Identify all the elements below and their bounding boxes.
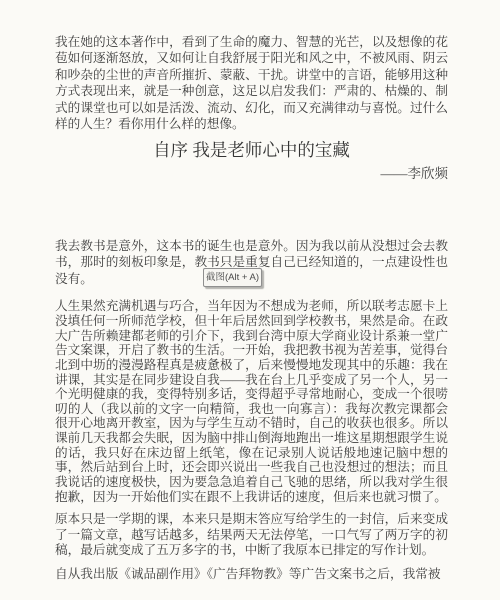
paragraph-letter-to-book: 原本只是一学期的课，本来只是期末答应写给学生的一封信，后来变成了一篇文章，越写话… <box>55 512 448 558</box>
paragraph-life-coincidence: 人生果然充满机遇与巧合，当年因为不想成为老师，所以联考志愿卡上没填任何一所师范学… <box>55 299 448 504</box>
chapter-title: 自序 我是老师心中的宝藏 <box>55 139 448 161</box>
author-byline: ——李欣频 <box>55 165 448 183</box>
page-text-column: 我在她的这本著作中，看到了生命的魔力、智慧的光芒，以及想像的花苞如何逐渐怒放，又… <box>55 0 448 582</box>
ebook-page: 我在她的这本著作中，看到了生命的魔力、智慧的光芒，以及想像的花苞如何逐渐怒放，又… <box>0 0 500 600</box>
screenshot-hotkey-tooltip[interactable]: 截图(Alt + A) <box>203 268 262 287</box>
paragraph-published-books: 自从我出版《诚品副作用》《广告拜物教》等广告文案书之后，我常被 <box>55 567 448 582</box>
intro-paragraph: 我在她的这本著作中，看到了生命的魔力、智慧的光芒，以及想像的花苞如何逐渐怒放，又… <box>55 34 448 133</box>
